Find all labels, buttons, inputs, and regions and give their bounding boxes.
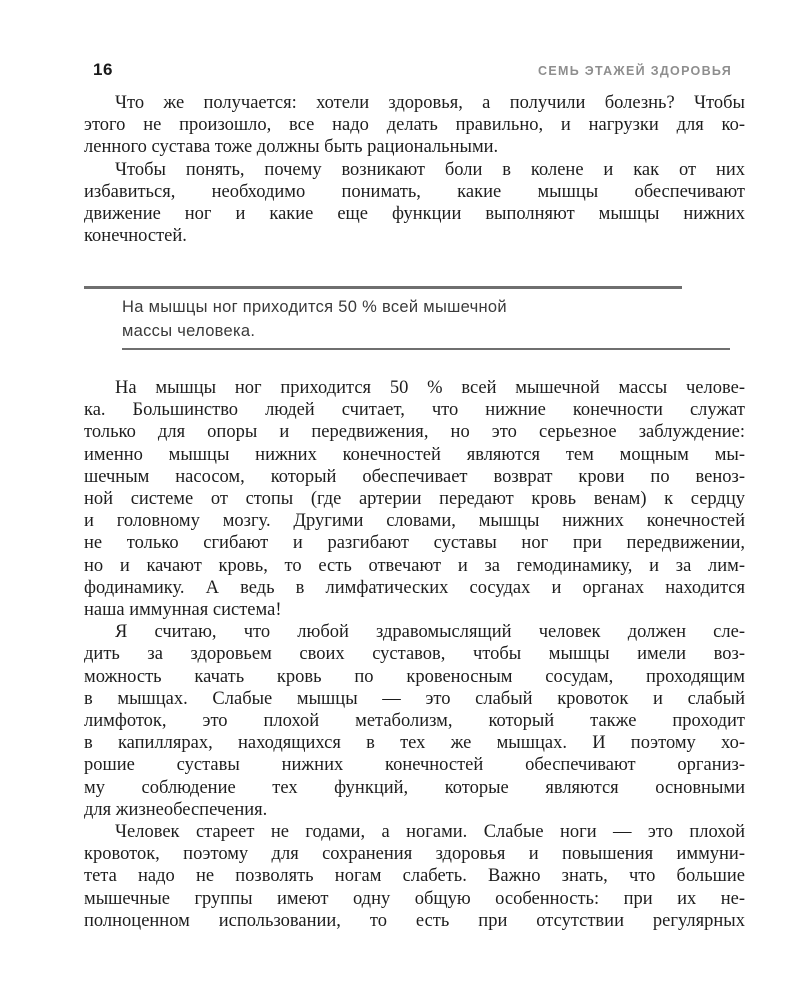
text-line: дить за здоровьем своих суставов, чтобы …: [84, 643, 745, 665]
page-header: 16 СЕМЬ ЭТАЖЕЙ ЗДОРОВЬЯ: [93, 60, 732, 80]
pull-quote-bottom-rule: [122, 348, 730, 350]
paragraph: Чтобы понять, почему возникают боли в ко…: [84, 159, 745, 248]
text-line: рошие суставы нижних конечностей обеспеч…: [84, 754, 745, 776]
text-line: фодинамику. А ведь в лимфатических сосуд…: [84, 577, 745, 599]
text-line: для жизнеобеспечения.: [84, 799, 745, 821]
paragraph: Человек стареет не годами, а ногами. Сла…: [84, 821, 745, 932]
text-line: Я считаю, что любой здравомыслящий челов…: [84, 621, 745, 643]
pull-quote: На мышцы ног приходится 50 % всей мышечн…: [84, 286, 745, 350]
text-line: тета надо не позволять ногам слабеть. Ва…: [84, 865, 745, 887]
pull-quote-top-rule: [84, 286, 682, 289]
text-line: му соблюдение тех функций, которые являю…: [84, 777, 745, 799]
text-line: Чтобы понять, почему возникают боли в ко…: [84, 159, 745, 181]
text-line: можность качать кровь по кровеносным сос…: [84, 666, 745, 688]
paragraph: На мышцы ног приходится 50 % всей мышечн…: [84, 377, 745, 621]
text-line: движение ног и какие еще функции выполня…: [84, 203, 745, 225]
text-line: полноценном использовании, то есть при о…: [84, 910, 745, 932]
body-text-upper: Что же получается: хотели здоровья, а по…: [84, 92, 745, 247]
text-line: кровоток, поэтому для сохранения здоровь…: [84, 843, 745, 865]
text-line: шечным насосом, который обеспечивает воз…: [84, 466, 745, 488]
text-line: этого не произошло, все надо делать прав…: [84, 114, 745, 136]
text-line: На мышцы ног приходится 50 % всей мышечн…: [84, 377, 745, 399]
page-number: 16: [93, 60, 113, 80]
text-line: Человек стареет не годами, а ногами. Сла…: [84, 821, 745, 843]
text-line: именно мышцы нижних конечностей являются…: [84, 444, 745, 466]
text-line: Что же получается: хотели здоровья, а по…: [84, 92, 745, 114]
text-line: ной системе от стопы (где артерии переда…: [84, 488, 745, 510]
text-line: ленного сустава тоже должны быть рациона…: [84, 136, 745, 158]
pull-quote-text: На мышцы ног приходится 50 % всей мышечн…: [122, 295, 562, 343]
text-line: не только сгибают и разгибают суставы но…: [84, 532, 745, 554]
text-line: конечностей.: [84, 225, 745, 247]
text-line: лимфоток, это плохой метаболизм, который…: [84, 710, 745, 732]
text-line: в капиллярах, находящихся в тех же мышца…: [84, 732, 745, 754]
text-line: только для опоры и передвижения, но это …: [84, 421, 745, 443]
text-line: ка. Большинство людей считает, что нижни…: [84, 399, 745, 421]
text-line: избавиться, необходимо понимать, какие м…: [84, 181, 745, 203]
text-line: мышечные группы имеют одну общую особенн…: [84, 888, 745, 910]
text-line: в мышцах. Слабые мышцы — это слабый кров…: [84, 688, 745, 710]
text-line: но и качают кровь, то есть отвечают и за…: [84, 555, 745, 577]
body-text-lower: На мышцы ног приходится 50 % всей мышечн…: [84, 377, 745, 932]
paragraph: Я считаю, что любой здравомыслящий челов…: [84, 621, 745, 821]
text-line: наша иммунная система!: [84, 599, 745, 621]
text-line: и головному мозгу. Другими словами, мышц…: [84, 510, 745, 532]
paragraph: Что же получается: хотели здоровья, а по…: [84, 92, 745, 159]
running-head: СЕМЬ ЭТАЖЕЙ ЗДОРОВЬЯ: [538, 64, 732, 78]
book-page: 16 СЕМЬ ЭТАЖЕЙ ЗДОРОВЬЯ Что же получаетс…: [0, 0, 800, 1000]
